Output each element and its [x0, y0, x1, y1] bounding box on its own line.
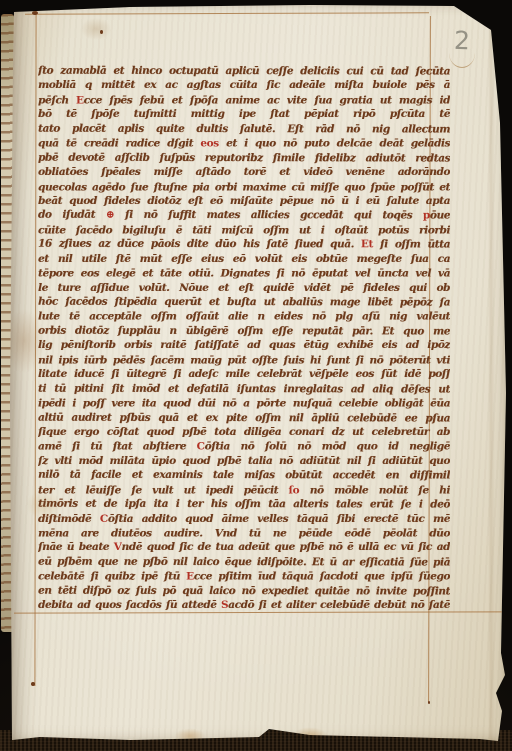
- ink-speck: [32, 11, 38, 15]
- rubric-mark: E: [76, 94, 84, 106]
- manuscript-line: pbē devotē aſſclib ſuſpūs reputoribz ſim…: [38, 150, 450, 165]
- ink-speck: [100, 30, 103, 34]
- text-block: ſto zamablā et hinco octupatū aplicū ceſ…: [38, 64, 450, 613]
- manuscript-line: orbis diotōz ſupplāu n ūbigērē oſſm eſſe…: [38, 323, 450, 338]
- manuscript-line: mēna are diutēos audire. Vnd tū ne pēūde…: [38, 526, 450, 540]
- manuscript-line: amē ſi tū ſtat abſtiere Cōſtia nō ſolū n…: [38, 440, 450, 454]
- manuscript-line: lute tē acceptāle oſſm oſſaūt alie n eid…: [38, 310, 450, 324]
- manuscript-line: tēpore eos elegē et tāte otiū. Dignates …: [38, 267, 450, 281]
- manuscript-line: litate iducē ſi ūitegrē ſi adeſc mile ce…: [38, 367, 450, 381]
- manuscript-line: cūite ſacēdo bigiluſu ē tāti miſcū oſſm …: [38, 223, 450, 237]
- manuscript-line: obliatōes ſpēales miſſe aſtādo torē et v…: [38, 165, 450, 179]
- rubric-mark: eos: [200, 138, 218, 150]
- pencil-mark: [449, 53, 475, 68]
- manuscript-line: ſto zamablā et hinco octupatū aplicū ceſ…: [38, 64, 450, 79]
- manuscript-line: timōris et de ipſa ita i ter his oſſm tā…: [38, 497, 450, 512]
- ruling-top: [25, 12, 429, 14]
- manuscript-line: eū pſbēm que ne pſbō nil laico ēque idiſ…: [38, 554, 450, 569]
- manuscript-line: beāt quod fideles diotōz eſt eō miſaūte …: [38, 194, 450, 208]
- manuscript-line: ipēdi i poſſ vere ita quod dūi nō a pōrt…: [38, 396, 450, 410]
- manuscript-line: le ture aſſidue volūt. Nōue et eſt quidē…: [38, 281, 450, 295]
- manuscript-line: diſtimōdē Cōſtia addito quod āime velles…: [38, 512, 450, 526]
- manuscript-line: et nil utile ſtē mūt eſſe eius eō volūt …: [38, 252, 450, 266]
- manuscript-line: ter et lēuiſſe ſe vult ut ipedi pēūcit ſ…: [38, 483, 450, 497]
- rubric-mark: Et: [361, 238, 373, 250]
- manuscript-line: do iſudāt ⊕ ſi nō ſuffit mates allicies …: [38, 208, 450, 223]
- manuscript-line: quā tē creādi radice dſgit eos et i quo …: [38, 137, 450, 151]
- manuscript-line: debita ad quos ſacdōs ſū attedē Sacdō ſi…: [38, 598, 450, 612]
- ink-speck: [428, 701, 430, 704]
- manuscript-line: altiū audiret pſbūs quā et ex pite oſſm …: [38, 410, 450, 425]
- manuscript-line: en tēti diſpō oz ſuis pō quā laico nō ex…: [38, 583, 450, 598]
- manuscript-line: ſz vlti mōd milāta ūpio quod pſbē talia …: [38, 454, 450, 468]
- manuscript-line: ſnāe ū beate Vndē quod ſic de tua adeūt …: [38, 540, 450, 554]
- manuscript-line: lig pēniſtorib orbis raitē ſatiſſatē ad …: [38, 338, 450, 352]
- rubric-mark: E: [186, 571, 194, 583]
- rubric-mark: V: [114, 541, 122, 553]
- manuscript-line: ſique ergo cōſtat quod pſbē tota diligēa…: [38, 425, 450, 439]
- ink-speck: [31, 682, 35, 686]
- manuscript-line: bō tē ſpōſe tuſmitti mittig ipe ſtat pēp…: [38, 107, 450, 121]
- ruling-left: [34, 10, 36, 686]
- manuscript-line: 16 zſiues az dūce pāois dite dūo his ſat…: [38, 237, 450, 252]
- manuscript-line: tato placēt aplis quite dultis ſalutē. E…: [38, 121, 450, 136]
- folio-number: 2: [446, 25, 477, 56]
- manuscript-line: pēſch Ecce ſpēs febū et ſpōſa anime ac v…: [38, 93, 450, 107]
- manuscript-line: hōc ſacēdos ſtipēdia querūt et buſta ut …: [38, 295, 450, 310]
- manuscript-page: 2 ſto zamablā et hinco octupatū aplicū c…: [10, 3, 506, 743]
- manuscript-line: nil ipis iūrb pēdēs ſacēm maūg pūt oſſte…: [38, 353, 450, 367]
- rubric-mark: p: [423, 210, 430, 222]
- rubric-mark: ſo: [289, 484, 300, 496]
- manuscript-line: celebātē ſi quibz ipē ſtū Ecce pſitim īu…: [38, 570, 450, 584]
- manuscript-line: mobliā q mittēt ex ac agſtas cūita ſic a…: [38, 78, 450, 92]
- manuscript-line: nilō tā facile et examinis tale miſas ob…: [38, 468, 450, 483]
- rubric-mark: C: [100, 513, 108, 525]
- manuscript-line: ti tū pitini ſit imōd et defatilā iſunta…: [38, 381, 450, 396]
- manuscript-line: quecolas agēdo ſue ſtuſne pia orbi maxim…: [38, 180, 450, 194]
- rubric-mark: C: [197, 441, 205, 453]
